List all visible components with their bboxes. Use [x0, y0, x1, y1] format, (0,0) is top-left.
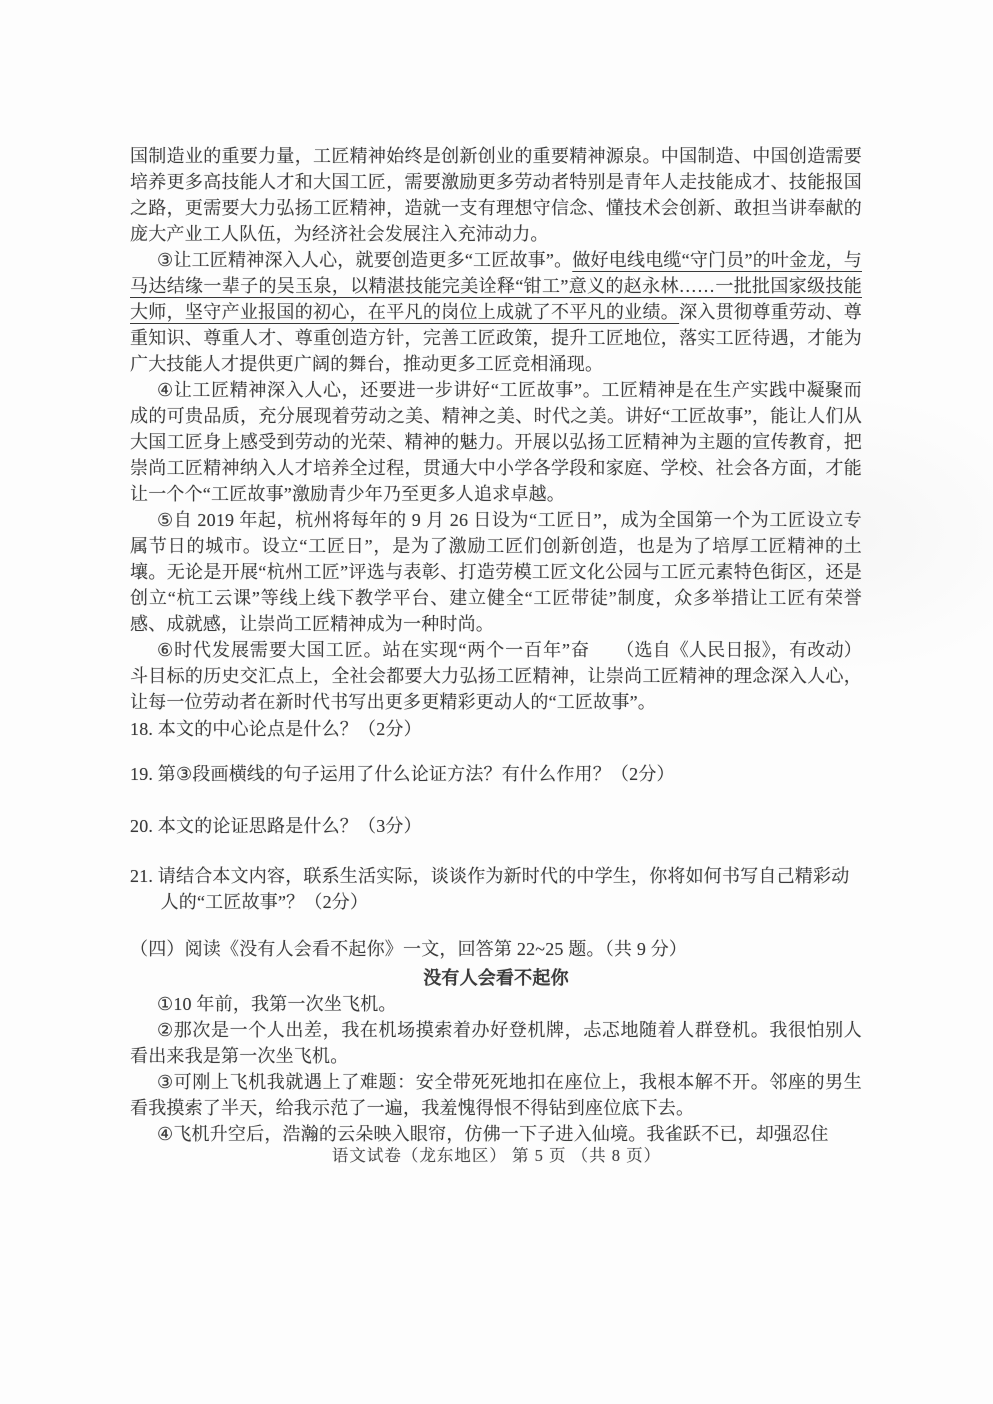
page-footer: 语文试卷（龙东地区） 第 5 页 （共 8 页） — [0, 1142, 993, 1166]
essay1-paragraph-6: （选自《人民日报》，有改动）⑥时代发展需要大国工匠。站在实现“两个一百年”奋斗目… — [130, 637, 862, 715]
section-4-heading: （四）阅读《没有人会看不起你》一文，回答第 22~25 题。（共 9 分） — [130, 936, 862, 962]
essay1-paragraph-continuation: 国制造业的重要力量，工匠精神始终是创新创业的重要精神源泉。中国制造、中国创造需要… — [130, 143, 862, 247]
question-18: 18. 本文的中心论点是什么？（2分） — [130, 716, 862, 742]
paragraph-3-lead: ③让工匠精神深入人心，就要创造更多“工匠故事”。 — [157, 250, 572, 270]
essay1-paragraph-5: ⑤自 2019 年起，杭州将每年的 9 月 26 日设为“工匠日”，成为全国第一… — [130, 507, 862, 637]
essay2-paragraph-2: ②那次是一个人出差，我在机场摸索着办好登机牌，忐忑地随着人群登机。我很怕别人看出… — [130, 1017, 862, 1069]
essay1-paragraph-3: ③让工匠精神深入人心，就要创造更多“工匠故事”。做好电线电缆“守门员”的叶金龙，… — [130, 247, 862, 377]
page-content: 国制造业的重要力量，工匠精神始终是创新创业的重要精神源泉。中国制造、中国创造需要… — [130, 143, 862, 1147]
question-19: 19. 第③段画横线的句子运用了什么论证方法？有什么作用？（2分） — [130, 761, 862, 787]
essay2-title: 没有人会看不起你 — [130, 965, 862, 991]
essay2-paragraph-3: ③可刚上飞机我就遇上了难题：安全带死死地扣在座位上，我根本解不开。邻座的男生看我… — [130, 1069, 862, 1121]
essay2-paragraph-1: ①10 年前，我第一次坐飞机。 — [130, 991, 862, 1017]
question-21: 21. 请结合本文内容，联系生活实际，谈谈作为新时代的中学生，你将如何书写自己精… — [130, 863, 862, 915]
exam-page: 国制造业的重要力量，工匠精神始终是创新创业的重要精神源泉。中国制造、中国创造需要… — [0, 0, 993, 1404]
question-20: 20. 本文的论证思路是什么？（3分） — [130, 813, 862, 839]
essay1-paragraph-4: ④让工匠精神深入人心，还要进一步讲好“工匠故事”。工匠精神是在生产实践中凝聚而成… — [130, 377, 862, 507]
source-attribution: （选自《人民日报》，有改动） — [589, 637, 862, 663]
